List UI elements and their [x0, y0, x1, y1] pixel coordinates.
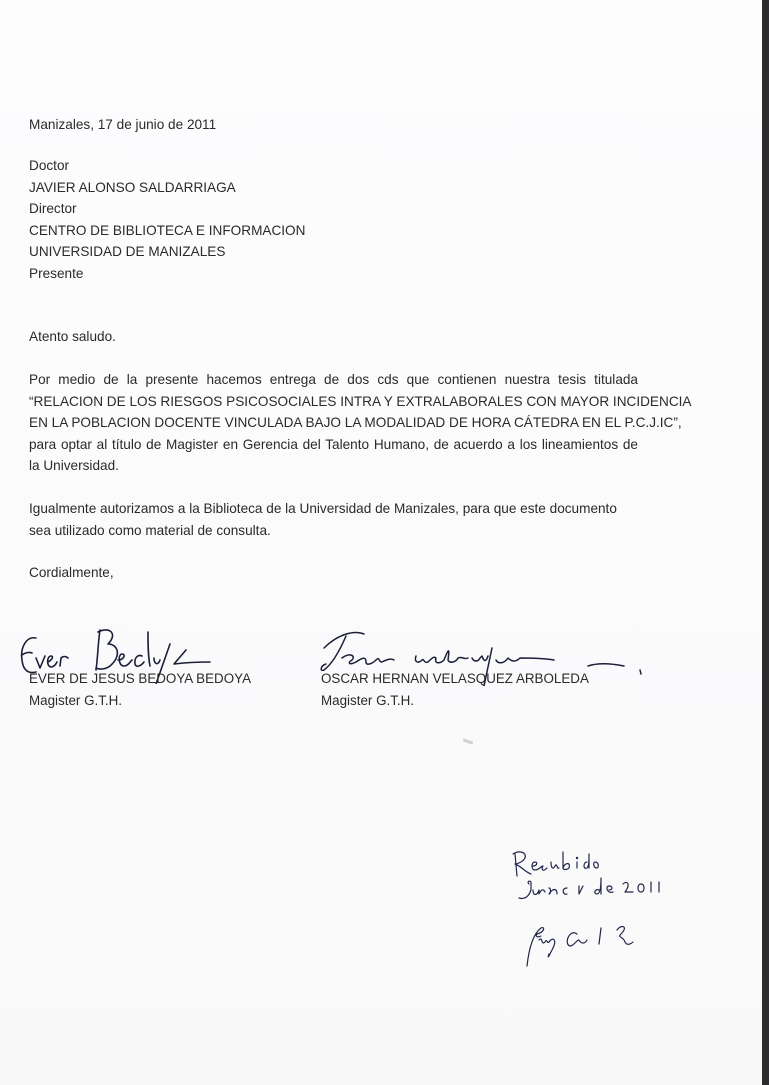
paragraph-line: Igualmente autorizamos a la Biblioteca d… [29, 500, 617, 518]
paragraph-line: “RELACION DE LOS RIESGOS PSICOSOCIALES I… [29, 393, 638, 411]
signatory-1-degree: Magister G.T.H. [29, 692, 122, 710]
scan-speck [463, 738, 473, 744]
paragraph-line: para optar al título de Magister en Gere… [29, 436, 638, 454]
recipient-name: JAVIER ALONSO SALDARRIAGA [29, 179, 236, 197]
date-line: Manizales, 17 de junio de 2011 [29, 116, 216, 134]
recipient-department: CENTRO DE BIBLIOTECA E INFORMACION [29, 222, 305, 240]
recipient-position: Director [29, 200, 77, 218]
paragraph-line: Por medio de la presente hacemos entrega… [29, 371, 638, 389]
closing: Cordialmente, [29, 564, 114, 582]
signatory-2-name: OSCAR HERNAN VELASQUEZ ARBOLEDA [321, 670, 589, 688]
paragraph-line: EN LA POBLACION DOCENTE VINCULADA BAJO L… [29, 414, 638, 432]
signatory-2-degree: Magister G.T.H. [321, 692, 414, 710]
recipient-title: Doctor [29, 157, 69, 175]
paragraph-line: la Universidad. [29, 457, 119, 475]
signatory-1-name: EVER DE JESUS BEDOYA BEDOYA [29, 670, 251, 688]
paragraph-line: sea utilizado como material de consulta. [29, 522, 271, 540]
recipient-closing: Presente [29, 265, 83, 283]
scan-border [762, 0, 769, 1085]
received-note-handwriting-icon: Recibido [505, 848, 695, 970]
recipient-institution: UNIVERSIDAD DE MANIZALES [29, 243, 225, 261]
greeting: Atento saludo. [29, 328, 116, 346]
scanned-letter-page: Manizales, 17 de junio de 2011 Doctor JA… [0, 0, 762, 1085]
